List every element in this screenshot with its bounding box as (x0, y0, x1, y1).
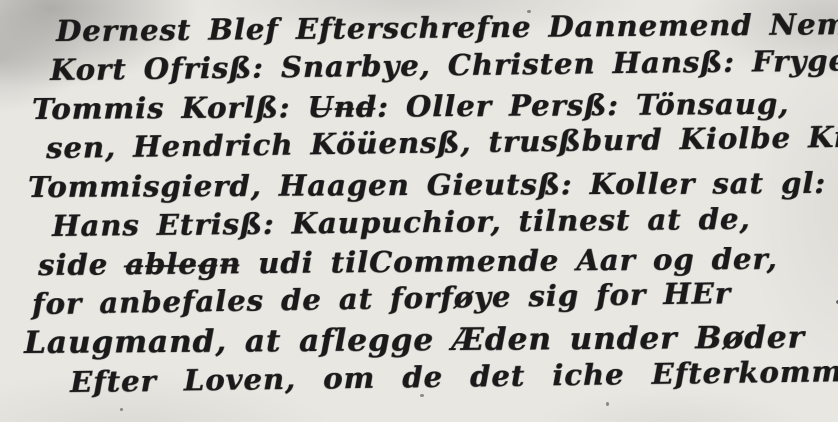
paper-speck (527, 10, 531, 13)
paper-speck (760, 55, 763, 58)
manuscript-text-block: Dernest Blef Efterschrefne Dannemend Nem… (0, 0, 838, 422)
manuscript-scan-page: Dernest Blef Efterschrefne Dannemend Nem… (0, 0, 838, 422)
manuscript-line: Kort Ofrisß: Snarbye, Christen Hansß: Fr… (50, 41, 838, 90)
paper-speck (420, 394, 424, 397)
manuscript-line: Hans Etrisß: Kaupuchior, tilnest at de, (52, 199, 838, 246)
paper-speck (606, 402, 609, 406)
paper-speck (120, 408, 123, 411)
